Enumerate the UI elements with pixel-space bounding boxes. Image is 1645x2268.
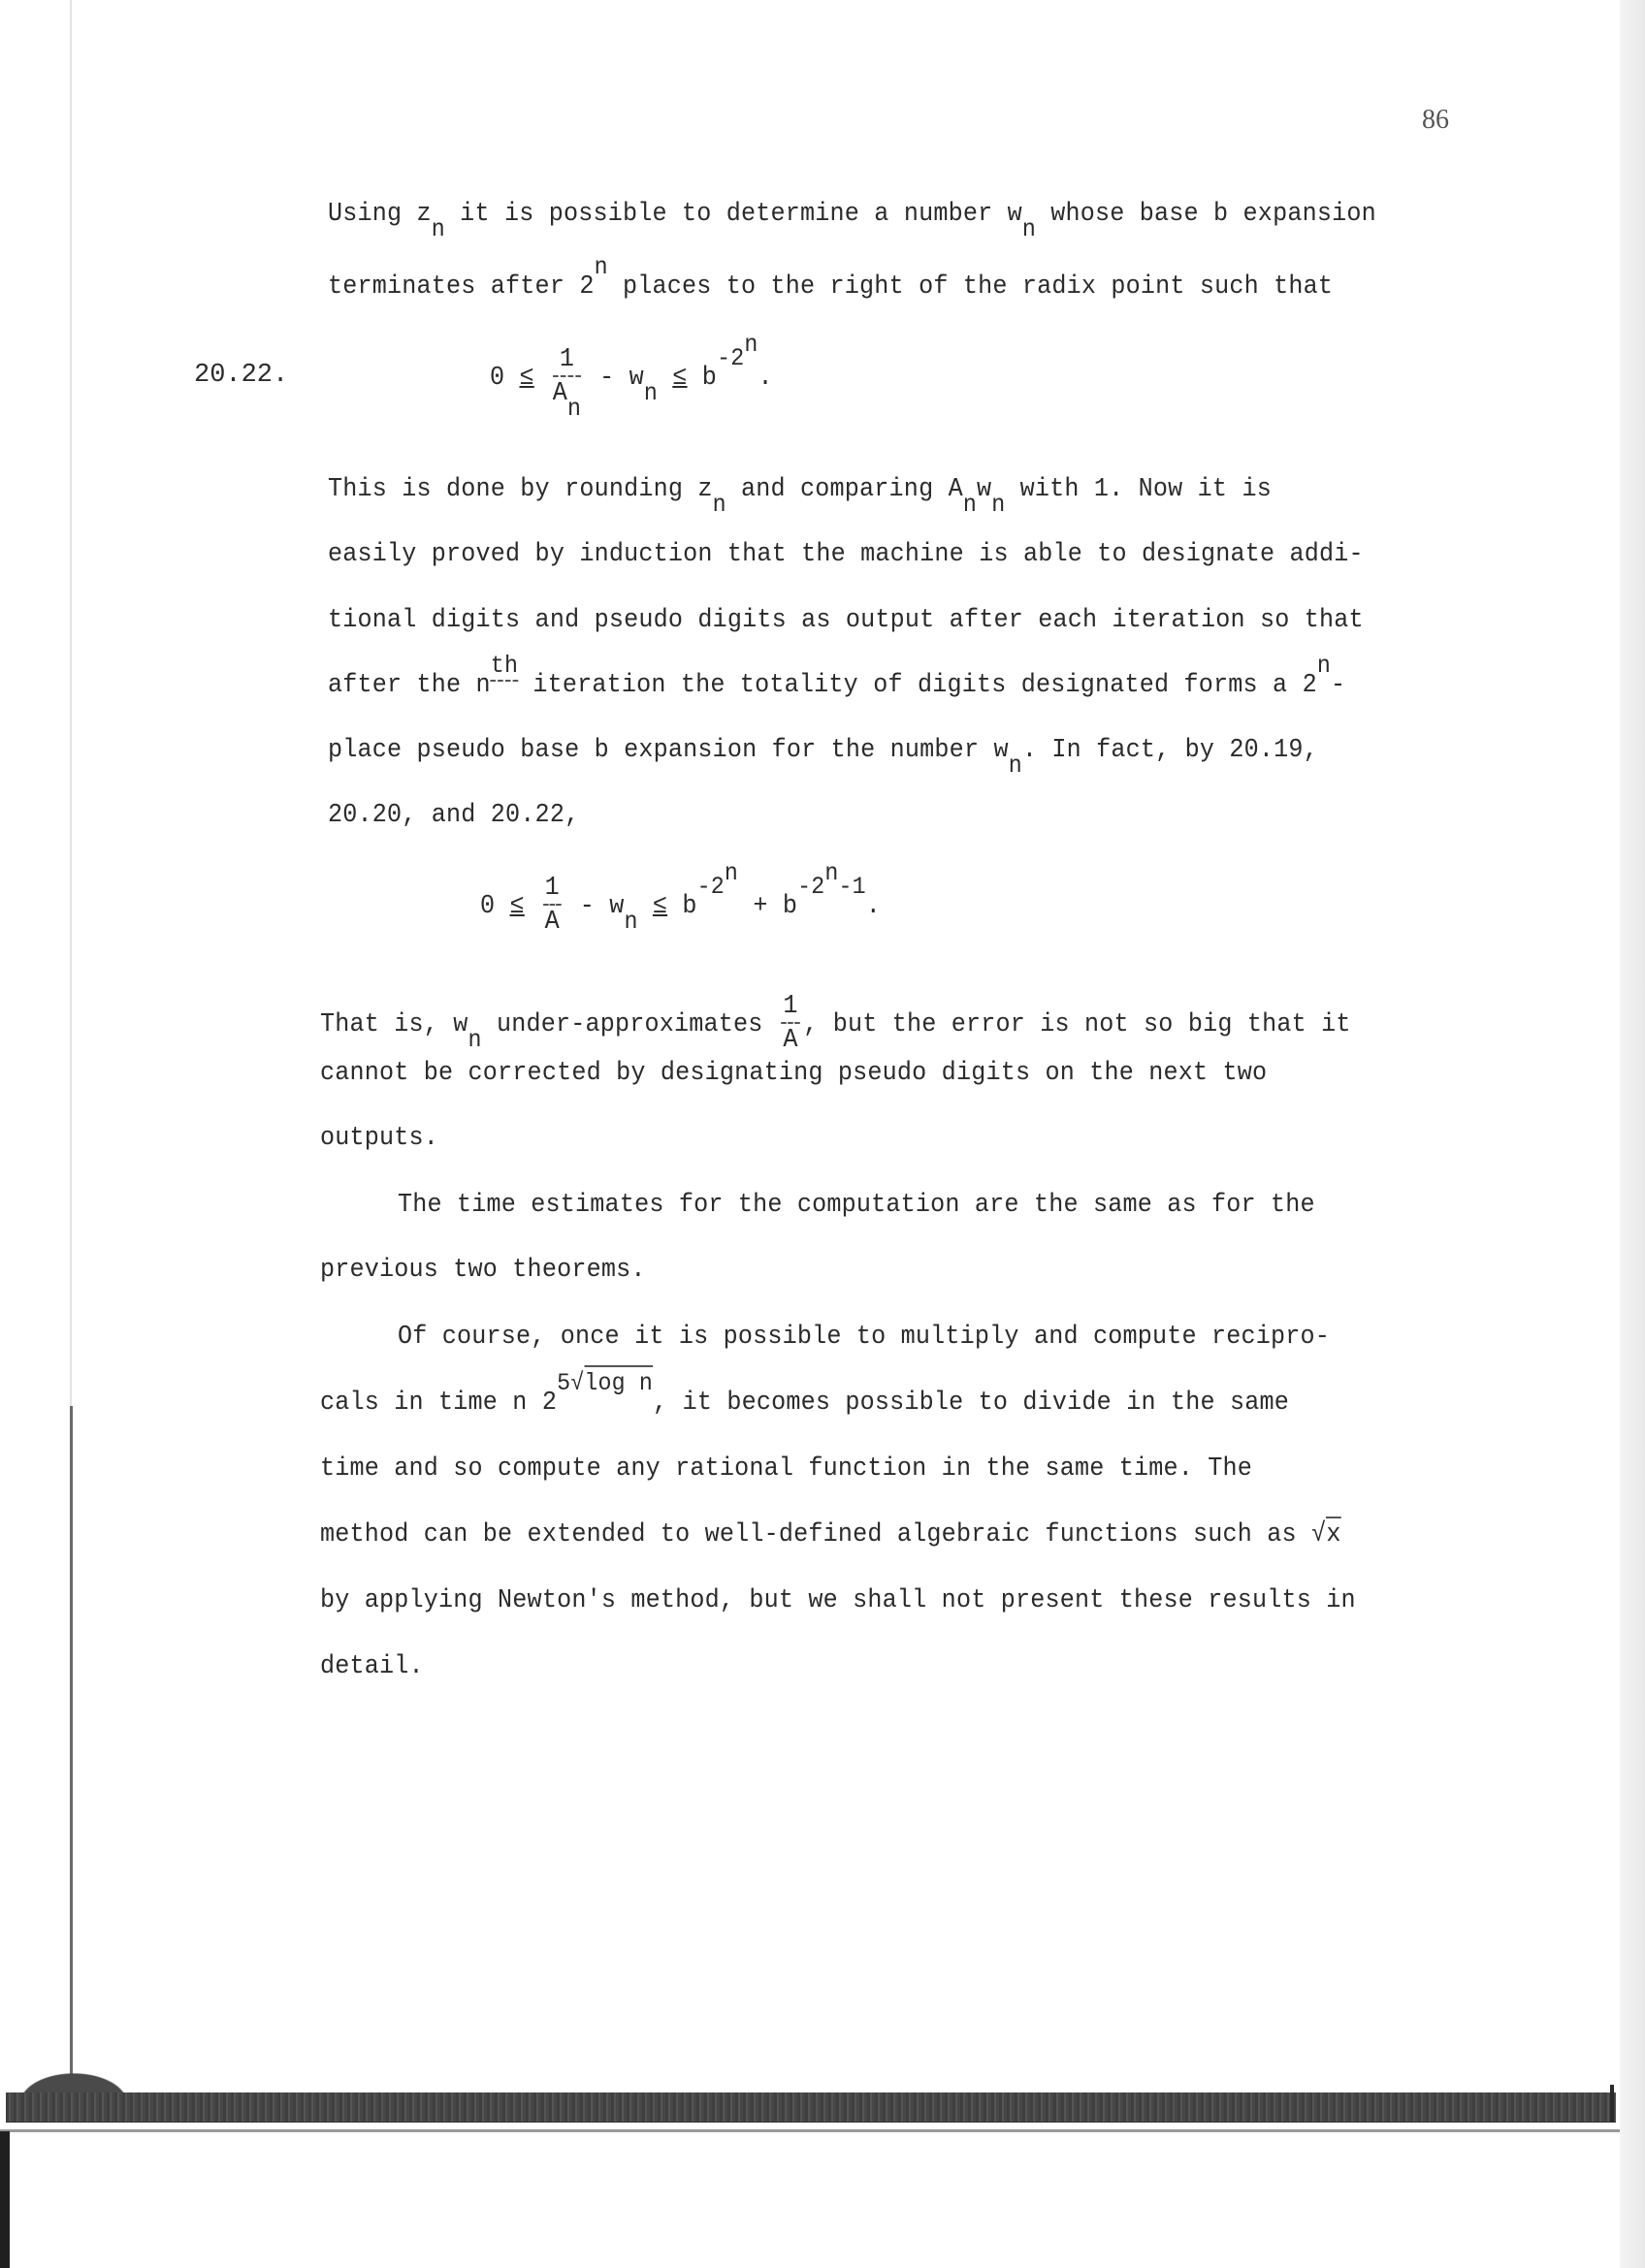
paragraph-1-line-2: terminates after 2n places to the right … (328, 272, 1333, 302)
subscript: n (1022, 215, 1036, 243)
paragraph-2-line-6: 20.20, and 20.22, (328, 801, 579, 830)
paragraph-5-line-5: by applying Newton's method, but we shal… (320, 1586, 1356, 1615)
paragraph-3-line-3: outputs. (320, 1124, 438, 1153)
text: iteration the totality of digits designa… (518, 671, 1317, 700)
text: cals in time n 2 (320, 1389, 557, 1418)
subscript: n (991, 491, 1005, 519)
text: b (688, 364, 718, 393)
numerator: 1 (553, 347, 581, 377)
text: , it becomes possible to divide in the s… (653, 1389, 1289, 1418)
text: terminates after 2 (328, 272, 595, 302)
equation-label: 20.22. (194, 361, 288, 390)
text: w (977, 475, 991, 504)
paragraph-2-line-5: place pseudo base b expansion for the nu… (328, 736, 1318, 765)
text: Using z (328, 200, 432, 229)
superscript: -1 (839, 873, 866, 901)
leq-symbol: ≤ (520, 364, 534, 393)
superscript: -2 (717, 344, 744, 372)
sqrt-symbol: √ (1311, 1520, 1326, 1549)
denominator: A (782, 1024, 800, 1054)
paragraph-3-line-2: cannot be corrected by designating pseud… (320, 1059, 1267, 1088)
paragraph-5-line-6: detail. (320, 1652, 424, 1681)
leq-symbol: ≤ (510, 892, 525, 921)
paragraph-1-line-1: Using zn it is possible to determine a n… (328, 200, 1376, 229)
equation-bound: 0 ≤ 1 A - wn ≤ b-2n + b-2n-1. (480, 876, 881, 936)
superscript: -2 (797, 873, 824, 901)
page-right-edge (1620, 0, 1645, 2268)
superscript: n (725, 859, 738, 887)
text: places to the right of the radix point s… (608, 272, 1333, 302)
leq-symbol: ≤ (653, 892, 667, 921)
numerator: 1 (782, 994, 800, 1024)
denominator: An (553, 377, 581, 407)
leq-symbol: ≤ (672, 364, 687, 393)
paragraph-2-line-4: after the nth iteration the totality of … (328, 671, 1345, 700)
text: A (553, 379, 567, 408)
denominator: A (543, 906, 562, 936)
fraction: 1 An (553, 347, 581, 407)
superscript: n (595, 253, 608, 281)
text: 0 (490, 364, 520, 393)
text: . (866, 892, 881, 921)
paragraph-5-line-2: cals in time n 25√log n, it becomes poss… (320, 1389, 1289, 1418)
subscript: n (624, 908, 637, 936)
superscript: n (824, 859, 838, 887)
scan-bottom-bar (6, 2092, 1616, 2123)
text: - w (585, 364, 644, 393)
numerator: 1 (543, 876, 562, 906)
text: . In fact, by 20.19, (1022, 736, 1318, 765)
text: under-approximates (482, 1010, 778, 1039)
text: + b (738, 892, 797, 921)
subscript: n (432, 215, 445, 243)
text: place pseudo base b expansion for the nu… (328, 736, 1009, 765)
paragraph-5-line-1: Of course, once it is possible to multip… (398, 1323, 1330, 1352)
text: it is possible to determine a number w (445, 200, 1022, 229)
subscript: n (468, 1026, 482, 1054)
scan-left-strip (0, 2131, 10, 2268)
text: after the n (328, 671, 491, 700)
text: That is, w (320, 1010, 468, 1039)
page-edge-shadow (0, 2129, 1620, 2132)
text: method can be extended to well-defined a… (320, 1520, 1311, 1549)
subscript: n (713, 491, 726, 519)
paragraph-4-line-2: previous two theorems. (320, 1256, 646, 1285)
subscript: n (963, 491, 977, 519)
paragraph-3-line-1: That is, wn under-approximates 1A, but t… (320, 994, 1351, 1054)
margin-line (70, 1406, 73, 2094)
text: whose base b expansion (1036, 200, 1376, 229)
superscript: 5√ (557, 1369, 584, 1397)
scan-bar-end (1610, 2085, 1614, 2122)
text: with 1. Now it is (1005, 475, 1272, 504)
paragraph-2-line-2: easily proved by induction that the mach… (328, 540, 1364, 569)
superscript: n (744, 331, 758, 359)
text: b (667, 892, 697, 921)
subscript: n (1009, 751, 1022, 780)
paragraph-5-line-4: method can be extended to well-defined a… (320, 1520, 1341, 1549)
superscript: n (1317, 652, 1331, 680)
text: , but the error is not so big that it (803, 1010, 1350, 1039)
superscript: -2 (697, 873, 725, 901)
paragraph-4-line-1: The time estimates for the computation a… (398, 1191, 1315, 1220)
subscript: n (567, 395, 581, 423)
paragraph-5-line-3: time and so compute any rational functio… (320, 1454, 1252, 1484)
radicand: x (1326, 1517, 1340, 1549)
equation-20-22: 0 ≤ 1 An - wn ≤ b-2n. (490, 347, 773, 407)
paragraph-2-line-1: This is done by rounding zn and comparin… (328, 475, 1272, 504)
text: - (1331, 671, 1345, 700)
fraction: 1A (782, 994, 800, 1054)
document-page: 86 Using zn it is possible to determine … (0, 0, 1645, 2268)
subscript: n (644, 379, 658, 407)
margin-line-faint (70, 0, 72, 1406)
fraction: 1 A (543, 876, 562, 936)
text: 0 (480, 892, 510, 921)
text: - w (564, 892, 624, 921)
text: and comparing A (726, 475, 963, 504)
superscript-radicand: log n (584, 1365, 653, 1397)
paragraph-2-line-3: tional digits and pseudo digits as outpu… (328, 606, 1364, 635)
page-number: 86 (1422, 105, 1449, 136)
text: . (758, 364, 772, 393)
superscript: th (491, 650, 518, 682)
text: This is done by rounding z (328, 475, 713, 504)
